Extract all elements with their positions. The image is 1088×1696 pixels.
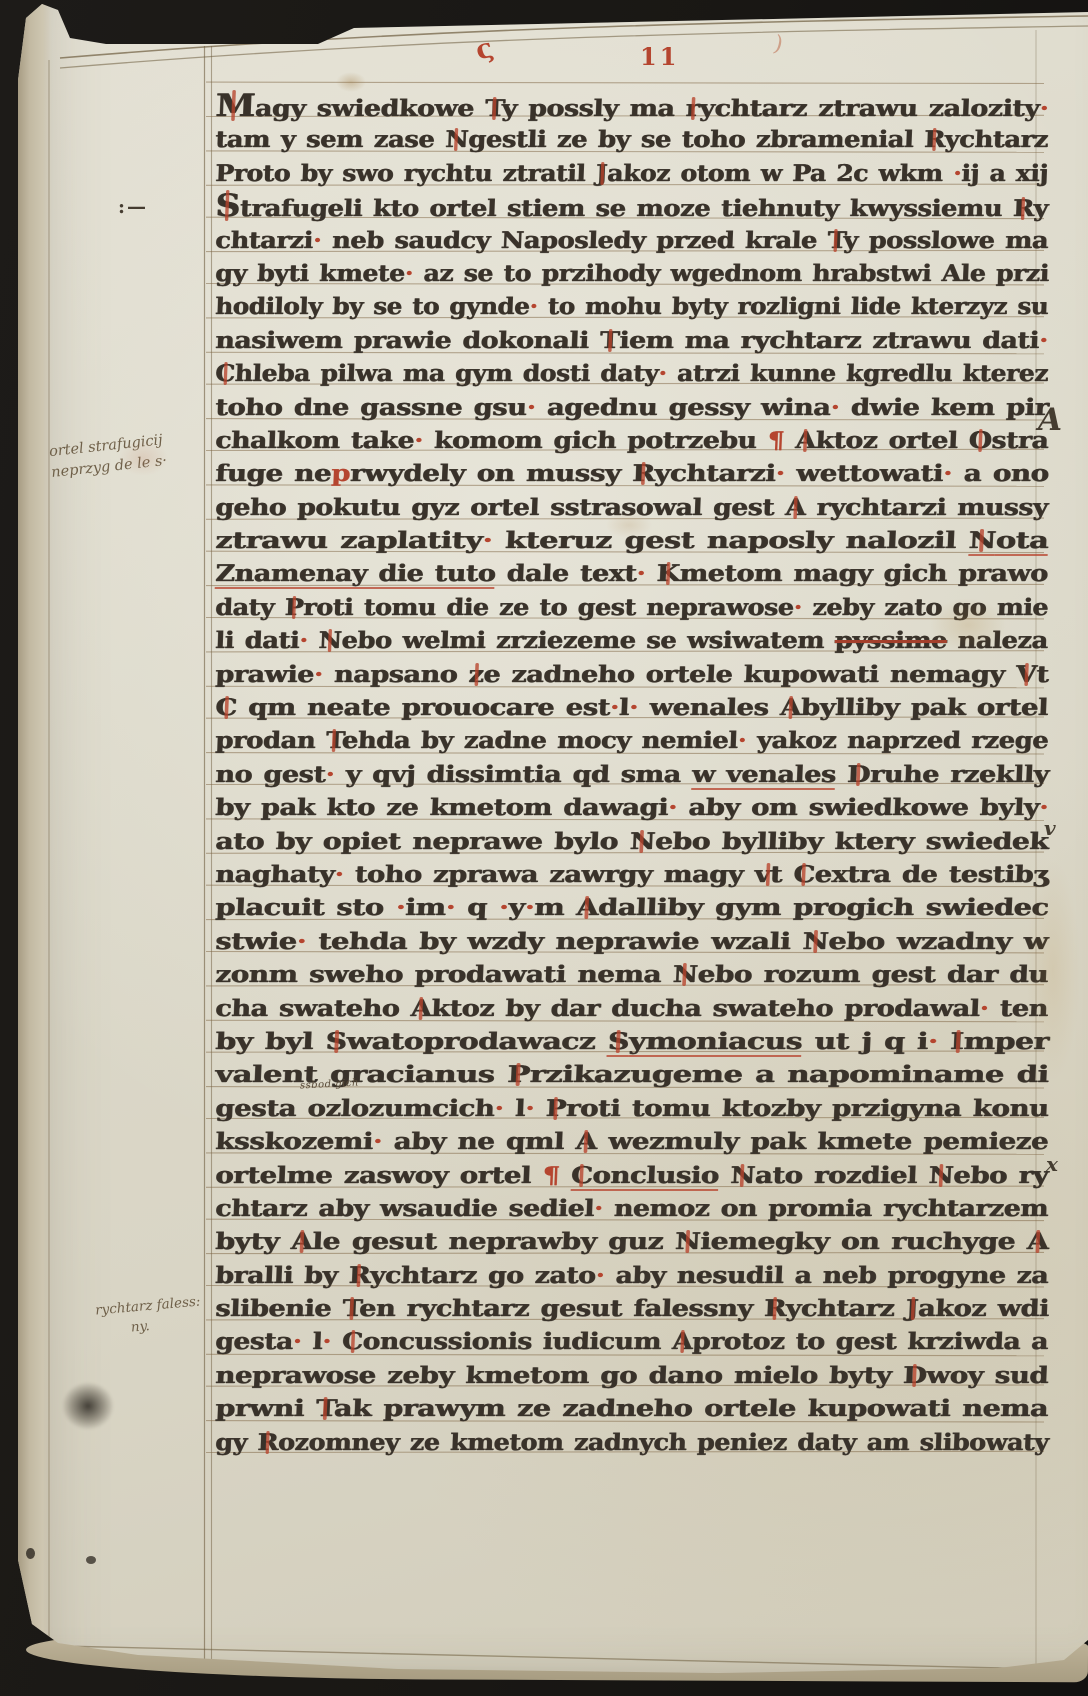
manuscript-line: fuge neprwydely on mussy Rychtarzi· wett… [215, 457, 1048, 490]
manuscript-line: gesta ozlozumcich· l· Proti tomu ktozby … [215, 1092, 1048, 1125]
manuscript-line: prodan Tehda by zadne mocy nemiel· yakoz… [215, 724, 1048, 757]
folio-number: 11 [640, 42, 679, 71]
manuscript-line: byty Ale gesut neprawby guz Niemegky on … [215, 1225, 1048, 1258]
manuscript-line: gy Rozomney ze kmetom zadnych peniez dat… [215, 1426, 1048, 1459]
manuscript-line: ksskozemi· aby ne qml A wezmuly pak kmet… [215, 1125, 1048, 1158]
manuscript-line: gesta· l· Concussionis iudicum Aprotoz t… [215, 1325, 1048, 1358]
ink-blot [62, 1382, 114, 1430]
manuscript-line: hodiloly by se to gynde· to mohu byty ro… [215, 290, 1048, 323]
text-ruling-line [206, 82, 1044, 83]
manuscript-line: placuit sto ·im· q ·y·m Adalliby gym pro… [215, 891, 1048, 924]
manuscript-line: stwie· tehda by wzdy neprawie wzali Nebo… [215, 925, 1048, 958]
edge-discoloration [1026, 860, 1080, 1080]
manuscript-line: Strafugeli kto ortel stiem se moze tiehn… [215, 190, 1048, 223]
manuscript-line: bralli by Rychtarz go zato· aby nesudil … [215, 1259, 1048, 1292]
manuscript-line: li dati· Nebo welmi zrziezeme se wsiwate… [215, 624, 1048, 657]
manuscript-line: tam y sem zase Ngestli ze by se toho zbr… [215, 123, 1048, 156]
foxing-stain [930, 598, 1006, 652]
manuscript-line: gy byti kmete· az se to przihody wgednom… [215, 257, 1048, 290]
manuscript-line: prwni Tak prawym ze zadneho ortele kupow… [215, 1392, 1048, 1425]
manuscript-line: naghaty· toho zprawa zawrgy magy vt Cext… [215, 858, 1048, 891]
manuscript-line: cha swateho Aktoz by dar ducha swateho p… [215, 992, 1048, 1025]
manuscript-line: Znamenay die tuto dale text· Kmetom magy… [215, 557, 1048, 590]
foxing-stain [606, 512, 652, 538]
dark-speck [86, 1556, 96, 1564]
manuscript-line: zonm sweho prodawati nema Nebo rozum ges… [215, 958, 1048, 991]
margin-paragraph-mark: :— [118, 196, 148, 218]
manuscript-line: Chleba pilwa ma gym dosti daty· atrzi ku… [215, 357, 1048, 390]
offset-smudge [118, 440, 168, 476]
text-block: Magy swiedkowe Ty possly ma rychtarz ztr… [215, 90, 1048, 1459]
manuscript-line: prawie· napsano ze zadneho ortele kupowa… [215, 658, 1048, 691]
manuscript-line: Magy swiedkowe Ty possly ma rychtarz ztr… [215, 90, 1048, 123]
manuscript-line: toho dne gassne gsu· agednu gessy wina· … [215, 391, 1048, 424]
manuscript-line: Proto by swo rychtu ztratil Jakoz otom w… [215, 157, 1048, 190]
manuscript-line: no gest· y qvj dissimtia qd sma w venale… [215, 758, 1048, 791]
manuscript-line: nasiwem prawie dokonali Tiem ma rychtarz… [215, 324, 1048, 357]
top-rule-1 [60, 16, 1088, 58]
margin-letter-a: A [1038, 402, 1062, 438]
manuscript-photo: ς 11 ) Magy swiedkowe Ty possly ma rycht… [0, 0, 1088, 1696]
manuscript-page: ς 11 ) Magy swiedkowe Ty possly ma rycht… [18, 0, 1088, 1680]
manuscript-line: neprawose zeby kmetom go dano mielo byty… [215, 1359, 1048, 1392]
manuscript-line: ortelme zaswoy ortel ¶ Conclusio Nato ro… [215, 1159, 1048, 1192]
ink-stain [336, 72, 366, 92]
manuscript-line: ato by opiet neprawe bylo Nebo bylliby k… [215, 825, 1048, 858]
margin-letter-x: x [1046, 1152, 1058, 1176]
manuscript-line: C qm neate prouocare est·l· wenales Abyl… [215, 691, 1048, 724]
manuscript-line: chtarzi· neb saudcy Naposledy przed kral… [215, 224, 1048, 257]
margin-letter-v: v [1044, 816, 1056, 840]
manuscript-line: chalkom take· komom gich potrzebu ¶ Akto… [215, 424, 1048, 457]
dark-speck [26, 1548, 35, 1559]
manuscript-line: daty Proti tomu die ze to gest neprawose… [215, 591, 1048, 624]
manuscript-line: slibenie Ten rychtarz gesut falessny Ryc… [215, 1292, 1048, 1325]
manuscript-line: chtarz aby wsaudie sediel· nemoz on prom… [215, 1192, 1048, 1225]
manuscript-line: by pak kto ze kmetom dawagi· aby om swie… [215, 791, 1048, 824]
manuscript-line: by byl Swatoprodawacz Symoniacus ut j q … [215, 1025, 1048, 1058]
